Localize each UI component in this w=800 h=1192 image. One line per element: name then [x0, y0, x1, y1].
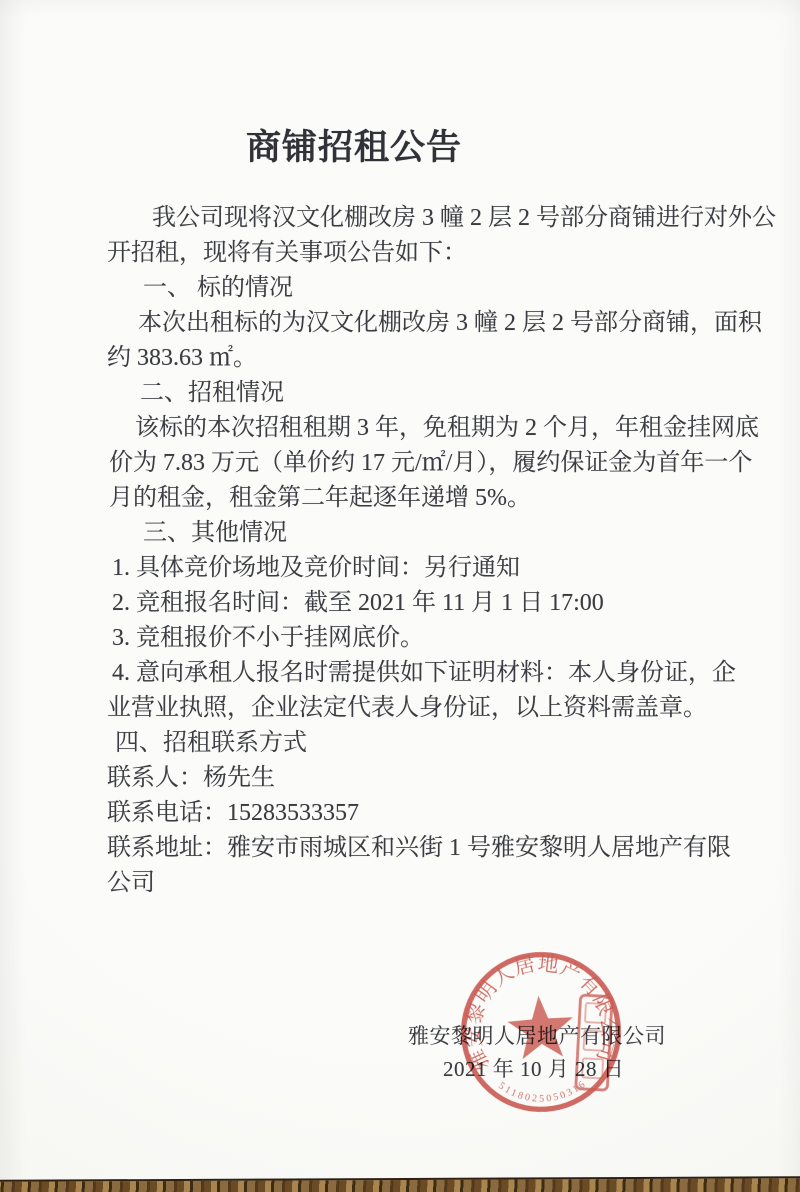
- document-line: 该标的本次招租租期 3 年，免租期为 2 个月，年租金挂网底: [107, 411, 767, 446]
- document-line: 四、招租联系方式: [107, 726, 767, 761]
- document-line: 三、其他情况: [107, 516, 767, 551]
- document-line: 公司: [107, 866, 767, 901]
- document-line: 2. 竞租报名时间：截至 2021 年 11 月 1 日 17:00: [107, 586, 767, 621]
- scanned-document-photo: 商铺招租公告 我公司现将汉文化棚改房 3 幢 2 层 2 号部分商铺进行对外公开…: [0, 0, 800, 1192]
- document-line: 1. 具体竞价场地及竞价时间：另行通知: [107, 551, 767, 586]
- document-line: 月的租金，租金第二年起逐年递增 5%。: [107, 481, 767, 516]
- document-line: 开招租，现将有关事项公告如下：: [107, 236, 767, 271]
- document-line: 一、 标的情况: [107, 271, 767, 306]
- document-line: 联系地址：雅安市雨城区和兴街 1 号雅安黎明人居地产有限: [107, 831, 767, 866]
- document-line: 联系人：杨先生: [107, 761, 767, 796]
- document-line: 二、招租情况: [107, 376, 767, 411]
- document-line: 业营业执照，企业法定代表人身份证，以上资料需盖章。: [107, 691, 767, 726]
- document-line: 价为 7.83 万元（单价约 17 元/㎡/月），履约保证金为首年一个: [107, 446, 767, 481]
- document-body: 我公司现将汉文化棚改房 3 幢 2 层 2 号部分商铺进行对外公开招租，现将有关…: [107, 201, 767, 901]
- document-line: 约 383.63 ㎡。: [107, 341, 767, 376]
- document-line: 本次出租标的为汉文化棚改房 3 幢 2 层 2 号部分商铺，面积: [107, 306, 767, 341]
- document-line: 4. 意向承租人报名时需提供如下证明材料：本人身份证，企: [107, 656, 767, 691]
- page-title: 商铺招租公告: [0, 120, 708, 170]
- company-seal-stamp: 雅安黎明人居地产有限公司 5118025050316: [449, 940, 633, 1124]
- document-line: 我公司现将汉文化棚改房 3 幢 2 层 2 号部分商铺进行对外公: [107, 201, 767, 236]
- stamp-star-icon: [506, 993, 576, 1060]
- document-line: 联系电话：15283533357: [107, 796, 767, 831]
- table-surface: [0, 1176, 800, 1192]
- document-line: 3. 竞租报价不小于挂网底价。: [107, 621, 767, 656]
